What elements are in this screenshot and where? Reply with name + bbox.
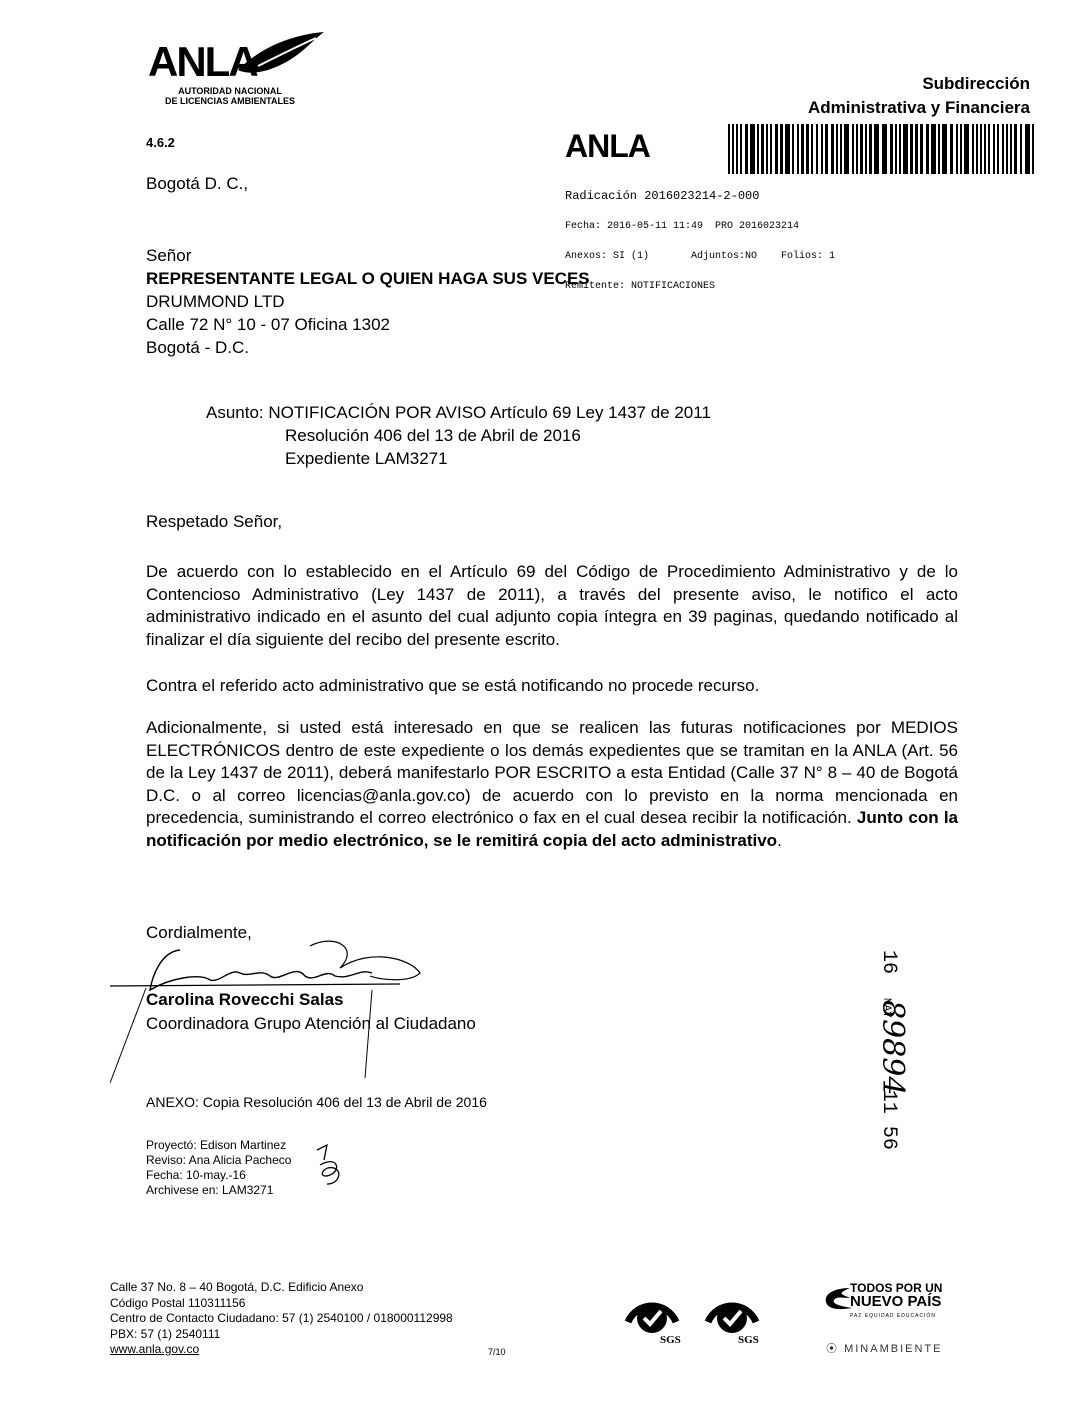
ministry-name: MINAMBIENTE bbox=[844, 1343, 942, 1355]
received-stamp: 16 MAY 11 56 89894 bbox=[860, 950, 920, 1140]
meta-fecha: Fecha: 10-may.-16 bbox=[146, 1168, 291, 1183]
ministry-logo: ⦿ MINAMBIENTE bbox=[826, 1340, 942, 1356]
certification-seal-icon bbox=[620, 1278, 684, 1342]
recipient-salutation: Señor bbox=[146, 244, 590, 267]
radicacion-annexes: Anexos: SI (1) Adjuntos:NO Folios: 1 bbox=[565, 252, 835, 262]
radicacion-stamp: Radicación 2016023214-2-000 Fecha: 2016-… bbox=[565, 170, 835, 302]
radicacion-number: Radicación 2016023214-2-000 bbox=[565, 190, 835, 202]
logo-subtitle: AUTORIDAD NACIONAL DE LICENCIAS AMBIENTA… bbox=[150, 86, 310, 106]
recipient-block: Señor REPRESENTANTE LEGAL O QUIEN HAGA S… bbox=[146, 244, 590, 359]
radicacion-sender: Remitente: NOTIFICACIONES bbox=[565, 282, 835, 292]
recipient-address: Calle 72 N° 10 - 07 Oficina 1302 bbox=[146, 313, 590, 336]
city-line: Bogotá D. C., bbox=[146, 174, 248, 194]
sgs-label-2: SGS bbox=[738, 1334, 759, 1346]
paragraph-3-end: . bbox=[777, 831, 782, 850]
paragraph-1: De acuerdo con lo establecido en el Artí… bbox=[146, 561, 958, 651]
logo-subtitle-line2: DE LICENCIAS AMBIENTALES bbox=[150, 96, 310, 106]
footer-contact: Calle 37 No. 8 – 40 Bogotá, D.C. Edifici… bbox=[110, 1280, 453, 1358]
paragraph-2: Contra el referido acto administrativo q… bbox=[146, 675, 958, 698]
department-line1: Subdirección bbox=[808, 72, 1030, 96]
signer-role: Coordinadora Grupo Atención al Ciudadano bbox=[146, 1014, 476, 1034]
handwritten-number: 89894 bbox=[875, 1000, 910, 1095]
subject-block: Asunto: NOTIFICACIÓN POR AVISO Artículo … bbox=[206, 401, 711, 470]
page-number: 7/10 bbox=[488, 1347, 506, 1357]
campaign-line3: PAZ EQUIDAD EDUCACIÓN bbox=[850, 1309, 942, 1323]
footer-contact-center: Centro de Contacto Ciudadano: 57 (1) 254… bbox=[110, 1311, 453, 1327]
annex-line: ANEXO: Copia Resolución 406 del 13 de Ab… bbox=[146, 1094, 487, 1110]
leaf-logo-icon bbox=[228, 30, 328, 76]
certification-seal-icon bbox=[700, 1278, 764, 1342]
paragraph-3: Adicionalmente, si usted está interesado… bbox=[146, 717, 958, 852]
received-day: 16 bbox=[877, 950, 900, 974]
logo-subtitle-line1: AUTORIDAD NACIONAL bbox=[150, 86, 310, 96]
todos-por-un-nuevo-pais-logo-icon bbox=[820, 1280, 854, 1314]
initials-scribble bbox=[312, 1140, 352, 1190]
recipient-city: Bogotá - D.C. bbox=[146, 336, 590, 359]
document-meta: Proyectó: Edison Martinez Reviso: Ana Al… bbox=[146, 1138, 291, 1198]
stamp-anla-logo: ANLA bbox=[565, 128, 650, 165]
received-time: 11 56 bbox=[877, 1090, 900, 1150]
sgs-label-1: SGS bbox=[660, 1334, 681, 1346]
meta-archivese: Archivese en: LAM3271 bbox=[146, 1183, 291, 1198]
subject-line1: NOTIFICACIÓN POR AVISO Artículo 69 Ley 1… bbox=[268, 403, 711, 422]
subject-line3: Expediente LAM3271 bbox=[206, 447, 711, 470]
recipient-title: REPRESENTANTE LEGAL O QUIEN HAGA SUS VEC… bbox=[146, 267, 590, 290]
radicacion-date: Fecha: 2016-05-11 11:49 PRO 2016023214 bbox=[565, 222, 835, 232]
barcode bbox=[728, 124, 1038, 174]
subject-label: Asunto: bbox=[206, 403, 264, 422]
meta-proyecto: Proyectó: Edison Martinez bbox=[146, 1138, 291, 1153]
campaign-logo-text: TODOS POR UN NUEVO PAÍS PAZ EQUIDAD EDUC… bbox=[850, 1281, 942, 1323]
department-line2: Administrativa y Financiera bbox=[808, 96, 1030, 120]
signer-name: Carolina Rovecchi Salas bbox=[146, 990, 343, 1010]
meta-reviso: Reviso: Ana Alicia Pacheco bbox=[146, 1153, 291, 1168]
coat-of-arms-icon: ⦿ bbox=[826, 1343, 839, 1355]
footer-address: Calle 37 No. 8 – 40 Bogotá, D.C. Edifici… bbox=[110, 1280, 453, 1296]
recipient-company: DRUMMOND LTD bbox=[146, 290, 590, 313]
greeting: Respetado Señor, bbox=[146, 512, 282, 532]
subject-line2: Resolución 406 del 13 de Abril de 2016 bbox=[206, 424, 711, 447]
reference-code: 4.6.2 bbox=[146, 135, 175, 150]
footer-pbx: PBX: 57 (1) 2540111 bbox=[110, 1327, 453, 1343]
footer-postal: Código Postal 110311156 bbox=[110, 1296, 453, 1312]
campaign-line2: NUEVO PAÍS bbox=[850, 1295, 942, 1309]
paragraph-3-text: Adicionalmente, si usted está interesado… bbox=[146, 718, 958, 827]
department-heading: Subdirección Administrativa y Financiera bbox=[808, 72, 1030, 120]
website-link[interactable]: www.anla.gov.co bbox=[110, 1342, 199, 1356]
